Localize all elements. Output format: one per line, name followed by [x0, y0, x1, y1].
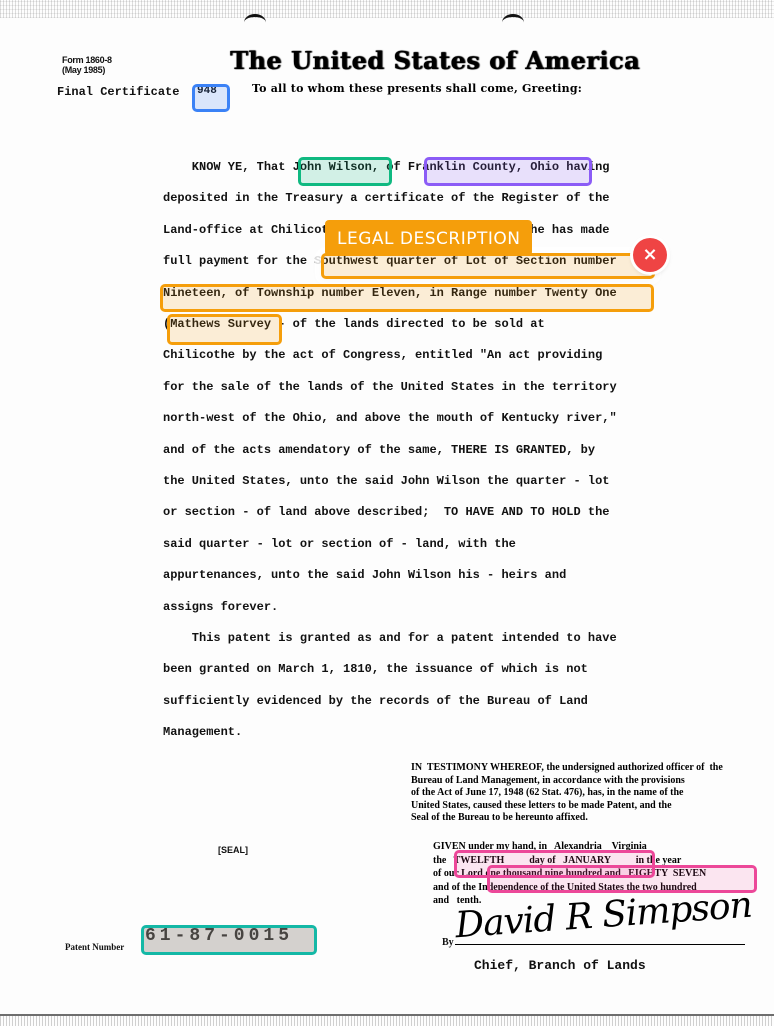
punch-hole-mark — [244, 14, 266, 31]
document-subtitle: To all to whom these presents shall come… — [252, 82, 582, 95]
testimony-line: of the Act of June 17, 1948 (62 Stat. 47… — [411, 787, 684, 800]
annotation-grantee-name[interactable] — [298, 157, 392, 186]
annotation-legal-description-part1[interactable] — [321, 253, 655, 279]
annotation-legal-description-part2[interactable] — [160, 284, 654, 312]
scan-noise-top — [0, 0, 774, 18]
body-text-line: assigns forever. — [163, 592, 278, 623]
punch-hole-mark — [502, 14, 524, 31]
form-number: Form 1860-8 (May 1985) — [62, 55, 112, 75]
annotation-issue-date-year[interactable] — [487, 865, 757, 893]
body-text-line: the United States, unto the said John Wi… — [163, 466, 609, 497]
testimony-line: Seal of the Bureau to be hereunto affixe… — [411, 812, 588, 825]
signature-line — [455, 944, 745, 945]
body-text-line: This patent is granted as and for a pate… — [163, 623, 617, 654]
body-text-line: been granted on March 1, 1810, the issua… — [163, 654, 588, 685]
body-text-line: north-west of the Ohio, and above the mo… — [163, 403, 617, 434]
final-certificate-label: Final Certificate — [57, 85, 179, 99]
body-text-line: or section - of land above described; TO… — [163, 497, 609, 528]
body-text-line: appurtenances, unto the said John Wilson… — [163, 560, 566, 591]
body-text-line: said quarter - lot or section of - land,… — [163, 529, 516, 560]
annotation-label-legal-description[interactable]: LEGAL DESCRIPTION — [325, 220, 532, 256]
annotation-legal-description-part3[interactable] — [167, 314, 282, 345]
body-text-line: for the sale of the lands of the United … — [163, 372, 617, 403]
body-text-line: Chilicothe by the act of Congress, entit… — [163, 340, 602, 371]
scan-noise-bottom — [0, 1014, 774, 1026]
annotation-patent-number[interactable] — [141, 925, 317, 955]
testimony-line: IN TESTIMONY WHEREOF, the undersigned au… — [411, 762, 723, 775]
patent-number-label: Patent Number — [65, 942, 124, 952]
body-text-line: sufficiently evidenced by the records of… — [163, 686, 588, 717]
annotation-certificate-number[interactable] — [192, 84, 230, 112]
document-title: The United States of America — [230, 46, 640, 75]
body-text-line: Management. — [163, 717, 242, 748]
body-text-line: and of the acts amendatory of the same, … — [163, 435, 595, 466]
signer-title: Chief, Branch of Lands — [474, 958, 646, 973]
document-page: Form 1860-8 (May 1985) Final Certificate… — [0, 0, 774, 1026]
testimony-line: Bureau of Land Management, in accordance… — [411, 775, 685, 788]
annotation-grantee-residence[interactable] — [424, 157, 592, 186]
by-label: By — [442, 937, 454, 948]
close-icon[interactable]: × — [633, 238, 667, 272]
testimony-line: United States, caused these letters to b… — [411, 800, 672, 813]
body-text-line: deposited in the Treasury a certificate … — [163, 183, 609, 214]
seal-label: [SEAL] — [218, 845, 248, 855]
